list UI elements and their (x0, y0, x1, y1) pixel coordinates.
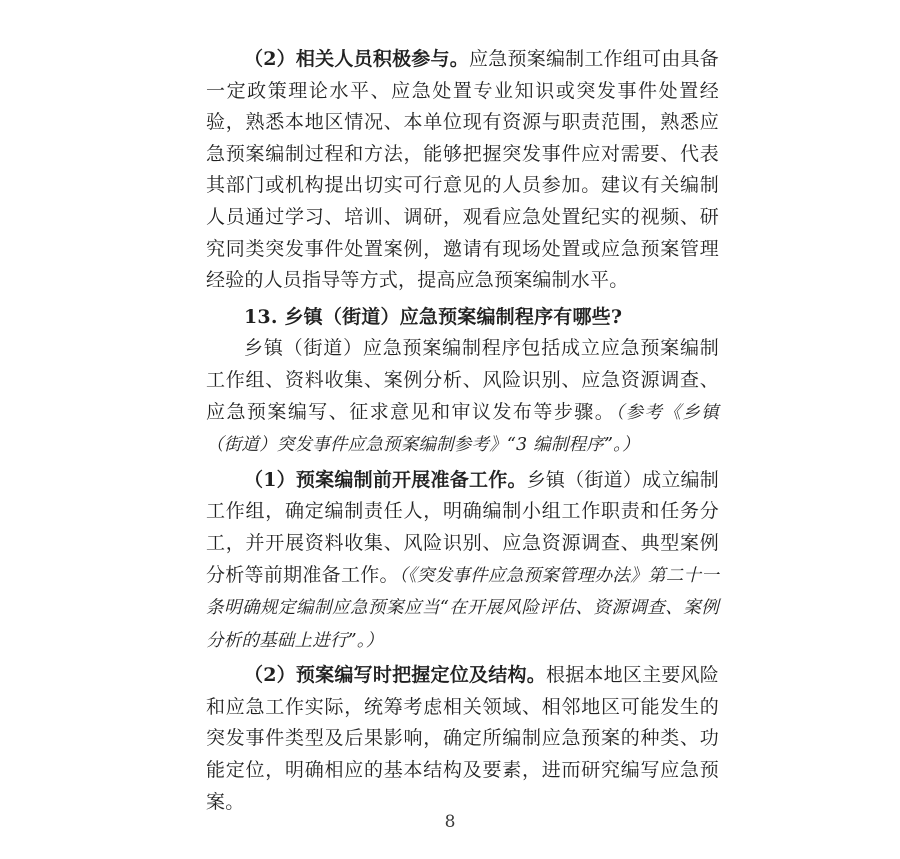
paragraph-lead-bold: （1）预案编制前开展准备工作。 (244, 469, 527, 491)
document-text-block: （2）相关人员积极参与。应急预案编制工作组可由具备一定政策理论水平、应急处置专业… (206, 44, 719, 818)
page-footer: 8 (0, 812, 900, 832)
section-heading-13: 13. 乡镇（街道）应急预案编制程序有哪些? (206, 302, 719, 334)
paragraph-body-text: 根据本地区主要风险和应急工作实际，统筹考虑相关领域、相邻地区可能发生的突发事件类… (206, 664, 719, 812)
paragraph-compilation-procedure: 乡镇（街道）应急预案编制程序包括成立应急预案编制工作组、资料收集、案例分析、风险… (206, 333, 719, 461)
page-number: 8 (445, 812, 456, 832)
paragraph-preparation-work: （1）预案编制前开展准备工作。乡镇（街道）成立编制工作组，确定编制责任人，明确编… (206, 465, 719, 658)
document-page: （2）相关人员积极参与。应急预案编制工作组可由具备一定政策理论水平、应急处置专业… (0, 0, 900, 859)
paragraph-lead-bold: （2）相关人员积极参与。 (244, 48, 469, 70)
paragraph-lead-bold: （2）预案编写时把握定位及结构。 (244, 664, 546, 686)
paragraph-positioning-structure: （2）预案编写时把握定位及结构。根据本地区主要风险和应急工作实际，统筹考虑相关领… (206, 660, 719, 818)
paragraph-body-text: 应急预案编制工作组可由具备一定政策理论水平、应急处置专业知识或突发事件处置经验，… (206, 48, 719, 291)
paragraph-relevant-personnel: （2）相关人员积极参与。应急预案编制工作组可由具备一定政策理论水平、应急处置专业… (206, 44, 719, 297)
